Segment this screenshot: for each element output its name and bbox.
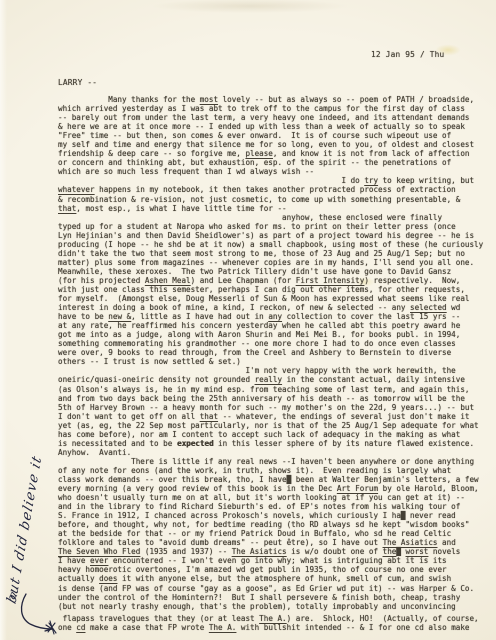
letter-line: got me into as a judge, along with Aaron… xyxy=(58,330,494,339)
letter-salutation: LARRY -- xyxy=(58,78,97,87)
letter-line: Meanwhile, these xeroxes. The two Patric… xyxy=(58,267,494,276)
letter-line: under the control of the Homintern?! But… xyxy=(58,593,494,602)
letter-line: of any note for eons (and the work, in t… xyxy=(58,466,494,475)
letter-line: something commemorating his grandmother … xyxy=(58,339,494,348)
letter-line: I'm not very happy with the work herewit… xyxy=(58,366,494,375)
letter-line: before, and thought, why not, for bedtim… xyxy=(58,520,494,529)
letter-line: which are so much less frequent than I w… xyxy=(58,167,494,176)
letter-line: others -- I trust is now settled & set.) xyxy=(58,357,494,366)
letter-line: I do try to keep writing, but xyxy=(58,176,494,185)
letter-line: I don't want to get off on all that -- w… xyxy=(58,412,494,421)
letter-line: matter) plus some from magazines -- when… xyxy=(58,258,494,267)
letter-date: 12 Jan 95 / Thu xyxy=(371,50,444,59)
letter-line: who doesn't usually turn me on at all, b… xyxy=(58,493,494,502)
letter-line: There is little if any real news --I hav… xyxy=(58,457,494,466)
letter-line: & here we are at it once more -- I ended… xyxy=(58,122,494,131)
letter-line: that, most esp., is what I have little t… xyxy=(58,204,494,213)
letter-line: -- barely out from under the last term, … xyxy=(58,113,494,122)
letter-line: yet (as, eg, the 22 Sep most particularl… xyxy=(58,421,494,430)
letter-line: didn't take the two that seem most stron… xyxy=(58,249,494,258)
letter-line: at the bedside for that -- or my friend … xyxy=(58,529,494,538)
letter-line: flapass travelogues that they (or at lea… xyxy=(58,614,494,623)
margin-arrow-icon xyxy=(16,592,68,640)
letter-line: (for his projected Ashen Meal) and Lee C… xyxy=(58,276,494,285)
letter-line: have to be new &, little as I have had o… xyxy=(58,312,494,321)
letter-line: class work demands -- over this break, t… xyxy=(58,475,494,484)
scan-edge xyxy=(0,0,7,640)
letter-line: interest in doing a book of mine, a kind… xyxy=(58,303,494,312)
letter-line: oneiric/quasi-oneiric density not ground… xyxy=(58,375,494,384)
letter-line: for myself. (Amongst else, Doug Messerli… xyxy=(58,294,494,303)
letter-line: (but not nearly trashy enough, that's th… xyxy=(58,602,494,611)
letter-line: Many thanks for the most lovely -- but a… xyxy=(58,95,494,104)
letter-line: producing (I hope -- he shd be at it now… xyxy=(58,240,494,249)
letter-line: Anyhow. Avanti. xyxy=(58,448,494,457)
letter-body: Many thanks for the most lovely -- but a… xyxy=(58,95,494,632)
letter-line: folklore and tales to "avoid dumb dreams… xyxy=(58,538,494,547)
letter-line: anyhow, these enclosed were finally xyxy=(58,213,494,222)
scanned-letter-page: 12 Jan 95 / Thu LARRY -- Many thanks for… xyxy=(0,0,496,640)
letter-line: typed up for a student at Naropa who ask… xyxy=(58,222,494,231)
letter-line: or concern and thinking abt, but exhaust… xyxy=(58,158,494,167)
letter-line: were over, 9 books to read through, from… xyxy=(58,348,494,357)
letter-line: is dense (and FP was of course "gay as a… xyxy=(58,584,494,593)
letter-line: and in the library to find Richard Siebu… xyxy=(58,502,494,511)
letter-line: has come before), nor am I content to ac… xyxy=(58,430,494,439)
letter-line: "Free" time -- but then, son comes & eve… xyxy=(58,131,494,140)
letter-line: at any rate, he reaffirmed his concern y… xyxy=(58,321,494,330)
letter-line: my self and time and energy that silence… xyxy=(58,140,494,149)
letter-line: is necessitated and to be expected in th… xyxy=(58,439,494,448)
letter-line: every morning (a very good review of thi… xyxy=(58,484,494,493)
letter-line: with just one class this semester, perha… xyxy=(58,285,494,294)
letter-line: & recombination & re-vision, not just co… xyxy=(58,195,494,204)
letter-line: (as Olson's always is, he in my mind esp… xyxy=(58,385,494,394)
letter-line: 5th of Harvey Brown -- a heavy month for… xyxy=(58,403,494,412)
letter-line: one cd make a case that FP wrote The A. … xyxy=(58,623,494,632)
letter-line: actually does it with anyone else, but t… xyxy=(58,574,494,583)
letter-line: The Seven Who Fled (1935 and 1937) -- Th… xyxy=(58,547,494,556)
letter-line: heavy homoerotic overtones, I'm amazed w… xyxy=(58,565,494,574)
letter-line: whatever happens in my notebook, it then… xyxy=(58,185,494,194)
letter-line: S. France in 1912, I chanced across Prok… xyxy=(58,511,494,520)
letter-line: and from two days back being the 25th an… xyxy=(58,394,494,403)
letter-line: I have ever encountered -- I won't even … xyxy=(58,556,494,565)
handwritten-note: but I did believe it xyxy=(4,403,54,606)
letter-line: friendship & deep care -- so forgive me,… xyxy=(58,149,494,158)
letter-line: which arrived yesterday as I was abt to … xyxy=(58,104,494,113)
letter-line: Lyn Hejinian's and then David Sheidlower… xyxy=(58,231,494,240)
